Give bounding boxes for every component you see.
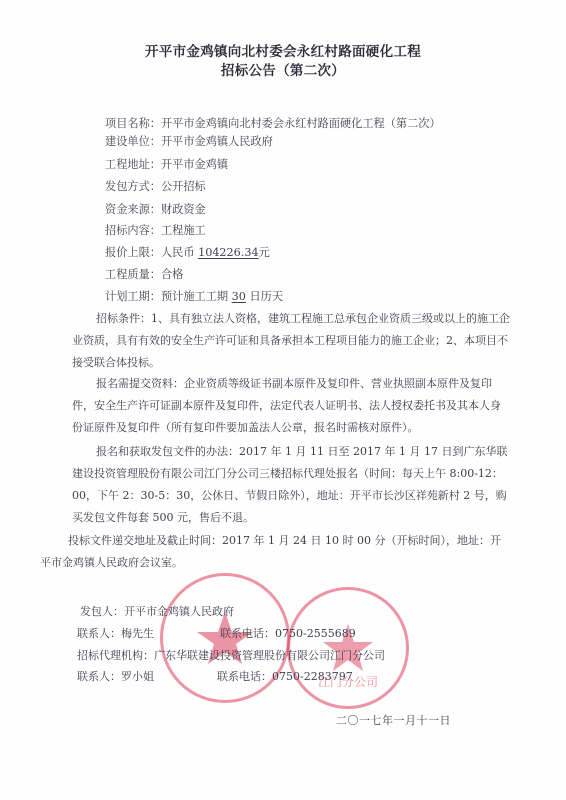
document-subtitle: 招标公告（第二次） — [0, 59, 566, 79]
price-cap-amount: 104226.34 — [198, 246, 259, 259]
field-owner: 建设单位：开平市金鸡镇人民政府 — [105, 133, 273, 149]
document-title: 开平市金鸡镇向北村委会永红村路面硬化工程 — [0, 40, 566, 60]
issuer-contact: 联系人：梅先生 — [77, 625, 154, 641]
field-fund-source: 资金来源：财政资金 — [105, 201, 206, 217]
submission-info: 投标文件递交地址及截止时间：2017 年 1 月 24 日 10 时 00 分（… — [40, 530, 510, 574]
field-value: 开平市金鸡镇向北村委会永红村路面硬化工程（第二次） — [161, 117, 441, 130]
field-label: 工程质量： — [105, 268, 161, 281]
field-label: 建设单位： — [105, 135, 161, 148]
field-label: 计划工期： — [105, 290, 161, 303]
field-value-prefix: 预计施工工期 — [161, 290, 232, 303]
field-label: 工程地址： — [105, 158, 161, 171]
issuer-phone: 联系电话：0750-2555689 — [220, 625, 356, 641]
field-tender-content: 招标内容：工程施工 — [105, 222, 206, 238]
field-value-suffix: 元 — [259, 246, 270, 259]
field-value: 开平市金鸡镇 — [161, 158, 228, 171]
field-label: 发包方式： — [105, 180, 161, 193]
field-price-cap: 报价上限：人民币 104226.34元 — [105, 244, 270, 260]
field-project-name: 项目名称：开平市金鸡镇向北村委会永红村路面硬化工程（第二次） — [105, 115, 441, 131]
schedule-days: 30 — [232, 290, 246, 303]
field-value: 开平市金鸡镇人民政府 — [161, 135, 273, 148]
field-value-prefix: 人民币 — [161, 246, 198, 259]
field-label: 项目名称： — [105, 117, 161, 130]
field-address: 工程地址：开平市金鸡镇 — [105, 156, 228, 172]
tender-agency: 招标代理机构：广东华联建设投资管理股份有限公司江门分公司 — [77, 647, 385, 663]
field-label: 报价上限： — [105, 246, 161, 259]
field-value: 工程施工 — [161, 224, 206, 237]
field-label: 招标内容： — [105, 224, 161, 237]
agency-contact: 联系人：罗小姐 — [77, 668, 154, 684]
field-schedule: 计划工期：预计施工工期 30 日历天 — [105, 288, 283, 304]
field-label: 资金来源： — [105, 203, 161, 216]
field-value: 公开招标 — [161, 180, 206, 193]
registration-method: 报名和获取发包文件的办法：2017 年 1 月 11 日至 2017 年 1 月… — [72, 441, 510, 529]
field-contract-method: 发包方式：公开招标 — [105, 178, 206, 194]
issuer: 发包人：开平市金鸡镇人民政府 — [80, 603, 234, 619]
tender-conditions: 招标条件：1、具有独立法人资格，建筑工程施工总承包企业资质三级或以上的施工企业资… — [72, 308, 510, 374]
field-quality: 工程质量：合格 — [105, 266, 183, 282]
field-value: 合格 — [161, 268, 183, 281]
required-materials: 报名需提交资料：企业资质等级证书副本原件及复印件、营业执照副本原件及复印件，安全… — [72, 373, 510, 439]
field-value: 财政资金 — [161, 203, 206, 216]
document-page: 开平市金鸡镇向北村委会永红村路面硬化工程 招标公告（第二次） 项目名称：开平市金… — [0, 0, 566, 800]
field-value-suffix: 日历天 — [246, 290, 283, 303]
issue-date: 二〇一七年一月十一日 — [336, 712, 451, 728]
agency-phone: 联系电话：0750-2283797 — [217, 668, 353, 684]
